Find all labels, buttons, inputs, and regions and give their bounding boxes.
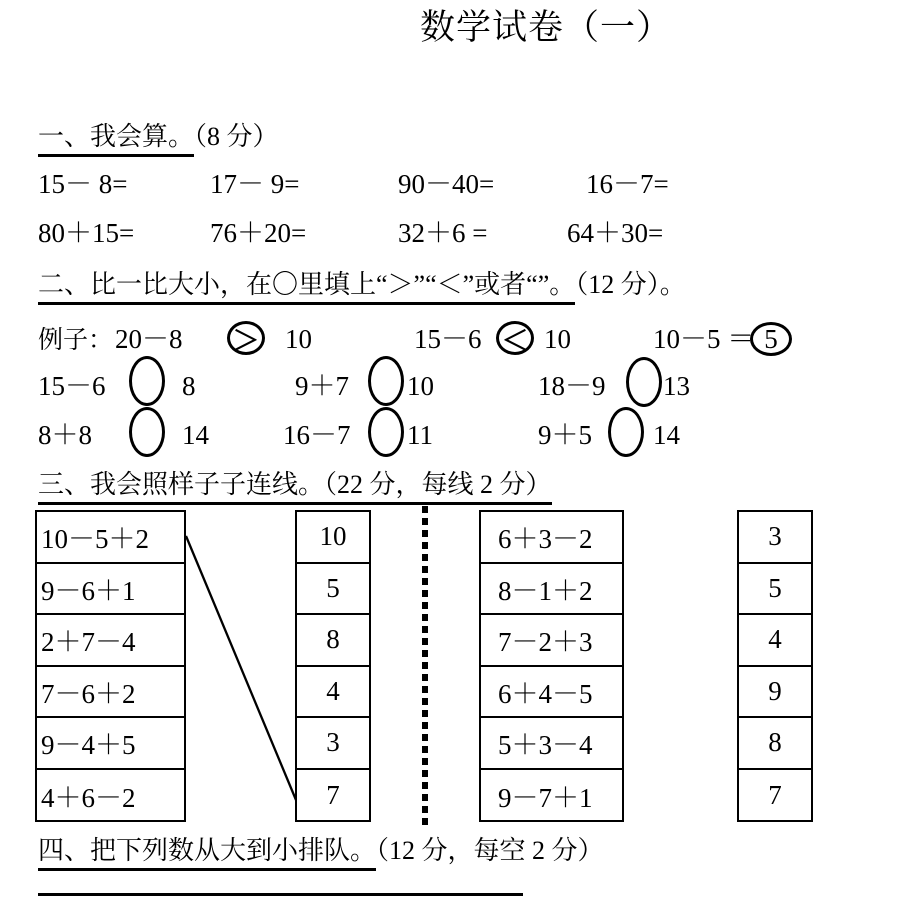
compare-rhs: 14 <box>182 420 209 451</box>
compare-rhs: 8 <box>182 371 196 402</box>
match-cell[interactable]: 8 <box>739 718 811 770</box>
match-left-answers-column: 10 5 8 4 3 7 <box>295 510 371 822</box>
dashed-divider <box>422 506 428 830</box>
compare-rhs: 11 <box>407 420 433 451</box>
match-cell[interactable]: 8 <box>297 615 369 667</box>
match-cell[interactable]: 10－5＋2 <box>37 512 184 564</box>
answer-value: 5 <box>764 324 778 355</box>
comparison-symbol: ＜ <box>502 319 529 358</box>
calc-problem: 16－7= <box>586 169 669 200</box>
example-label: 例子： <box>38 327 113 356</box>
match-cell[interactable]: 7 <box>297 770 369 822</box>
section2-heading-underlined: 二、比一比大小，在〇里填上“＞”“＜”或者“”。 <box>38 270 575 305</box>
calc-problem: 15－ 8= <box>38 169 127 200</box>
calc-problem: 17－ 9= <box>210 169 299 200</box>
match-cell[interactable]: 10 <box>297 512 369 564</box>
section1-heading-points: （8 分） <box>194 122 279 151</box>
compare-rhs: 13 <box>663 371 690 402</box>
match-cell[interactable]: 5＋3－4 <box>481 718 622 770</box>
fill-in-oval[interactable] <box>129 356 165 406</box>
section2-heading: 二、比一比大小，在〇里填上“＞”“＜”或者“”。（12 分）。 <box>38 270 686 300</box>
fill-in-oval[interactable] <box>368 407 404 457</box>
match-right-expressions-column: 6＋3－2 8－1＋2 7－2＋3 6＋4－5 5＋3－4 9－7＋1 <box>479 510 624 822</box>
answer-blank-line[interactable] <box>38 893 523 896</box>
page-title: 数学试卷（一） <box>420 8 672 48</box>
fill-in-oval[interactable] <box>608 407 644 457</box>
comparison-symbol: ＞ <box>233 319 260 358</box>
fill-in-oval[interactable] <box>368 356 404 406</box>
match-cell[interactable]: 5 <box>739 564 811 616</box>
fill-in-oval[interactable] <box>626 357 662 407</box>
section4-heading: 四、把下列数从大到小排队。（12 分，每空 2 分） <box>38 836 604 866</box>
match-cell[interactable]: 9－7＋1 <box>481 770 622 822</box>
fill-in-oval[interactable] <box>129 407 165 457</box>
match-cell[interactable]: 5 <box>297 564 369 616</box>
exam-page: 数学试卷（一） 一、我会算。（8 分） 15－ 8= 17－ 9= 90－40=… <box>0 0 912 899</box>
compare-expression: 15－6 <box>38 371 106 402</box>
match-left-expressions-column: 10－5＋2 9－6＋1 2＋7－4 7－6＋2 9－4＋5 4＋6－2 <box>35 510 186 822</box>
match-cell[interactable]: 7 <box>739 770 811 822</box>
match-cell[interactable]: 7－2＋3 <box>481 615 622 667</box>
match-cell[interactable]: 3 <box>739 512 811 564</box>
calc-problem: 80＋15= <box>38 218 134 249</box>
section3-heading: 三、我会照样子子连线。（22 分，每线 2 分） <box>38 470 552 500</box>
example-expression: 15－6 <box>414 324 482 355</box>
match-cell[interactable]: 8－1＋2 <box>481 564 622 616</box>
example-rhs: 10 <box>285 324 312 355</box>
match-cell[interactable]: 7－6＋2 <box>37 667 184 719</box>
compare-expression: 9＋5 <box>538 420 592 451</box>
match-cell[interactable]: 9－6＋1 <box>37 564 184 616</box>
calc-problem: 76＋20= <box>210 218 306 249</box>
compare-expression: 18－9 <box>538 371 606 402</box>
compare-expression: 16－7 <box>283 420 351 451</box>
section1-heading-underlined: 一、我会算。 <box>38 122 194 157</box>
match-cell[interactable]: 6＋3－2 <box>481 512 622 564</box>
match-right-answers-column: 3 5 4 9 8 7 <box>737 510 813 822</box>
section1-heading: 一、我会算。（8 分） <box>38 122 279 152</box>
match-cell[interactable]: 4＋6－2 <box>37 770 184 822</box>
match-cell[interactable]: 4 <box>297 667 369 719</box>
example-rhs: 10 <box>544 324 571 355</box>
match-cell[interactable]: 6＋4－5 <box>481 667 622 719</box>
example-expression: 10－5 ＝ <box>653 324 754 355</box>
compare-expression: 9＋7 <box>295 371 349 402</box>
match-cell[interactable]: 4 <box>739 615 811 667</box>
match-cell[interactable]: 2＋7－4 <box>37 615 184 667</box>
section2-heading-points: （12 分）。 <box>575 270 686 299</box>
compare-expression: 8＋8 <box>38 420 92 451</box>
calc-problem: 64＋30= <box>567 218 663 249</box>
compare-rhs: 10 <box>407 371 434 402</box>
example-expression: 20－8 <box>115 324 183 355</box>
example-comparison-circle: ＞ <box>227 321 265 355</box>
section4-heading-underlined: 四、把下列数从大到小排队。 <box>38 836 376 871</box>
section4-heading-points: （12 分，每空 2 分） <box>376 836 604 865</box>
compare-rhs: 14 <box>653 420 680 451</box>
match-cell[interactable]: 3 <box>297 718 369 770</box>
calc-problem: 32＋6 = <box>398 218 487 249</box>
match-cell[interactable]: 9－4＋5 <box>37 718 184 770</box>
example-comparison-circle: ＜ <box>496 321 534 355</box>
calc-problem: 90－40= <box>398 169 494 200</box>
example-answer-circle: 5 <box>750 322 792 356</box>
section3-heading-underlined: 三、我会照样子子连线。（22 分，每线 2 分） <box>38 470 552 505</box>
match-cell[interactable]: 9 <box>739 667 811 719</box>
